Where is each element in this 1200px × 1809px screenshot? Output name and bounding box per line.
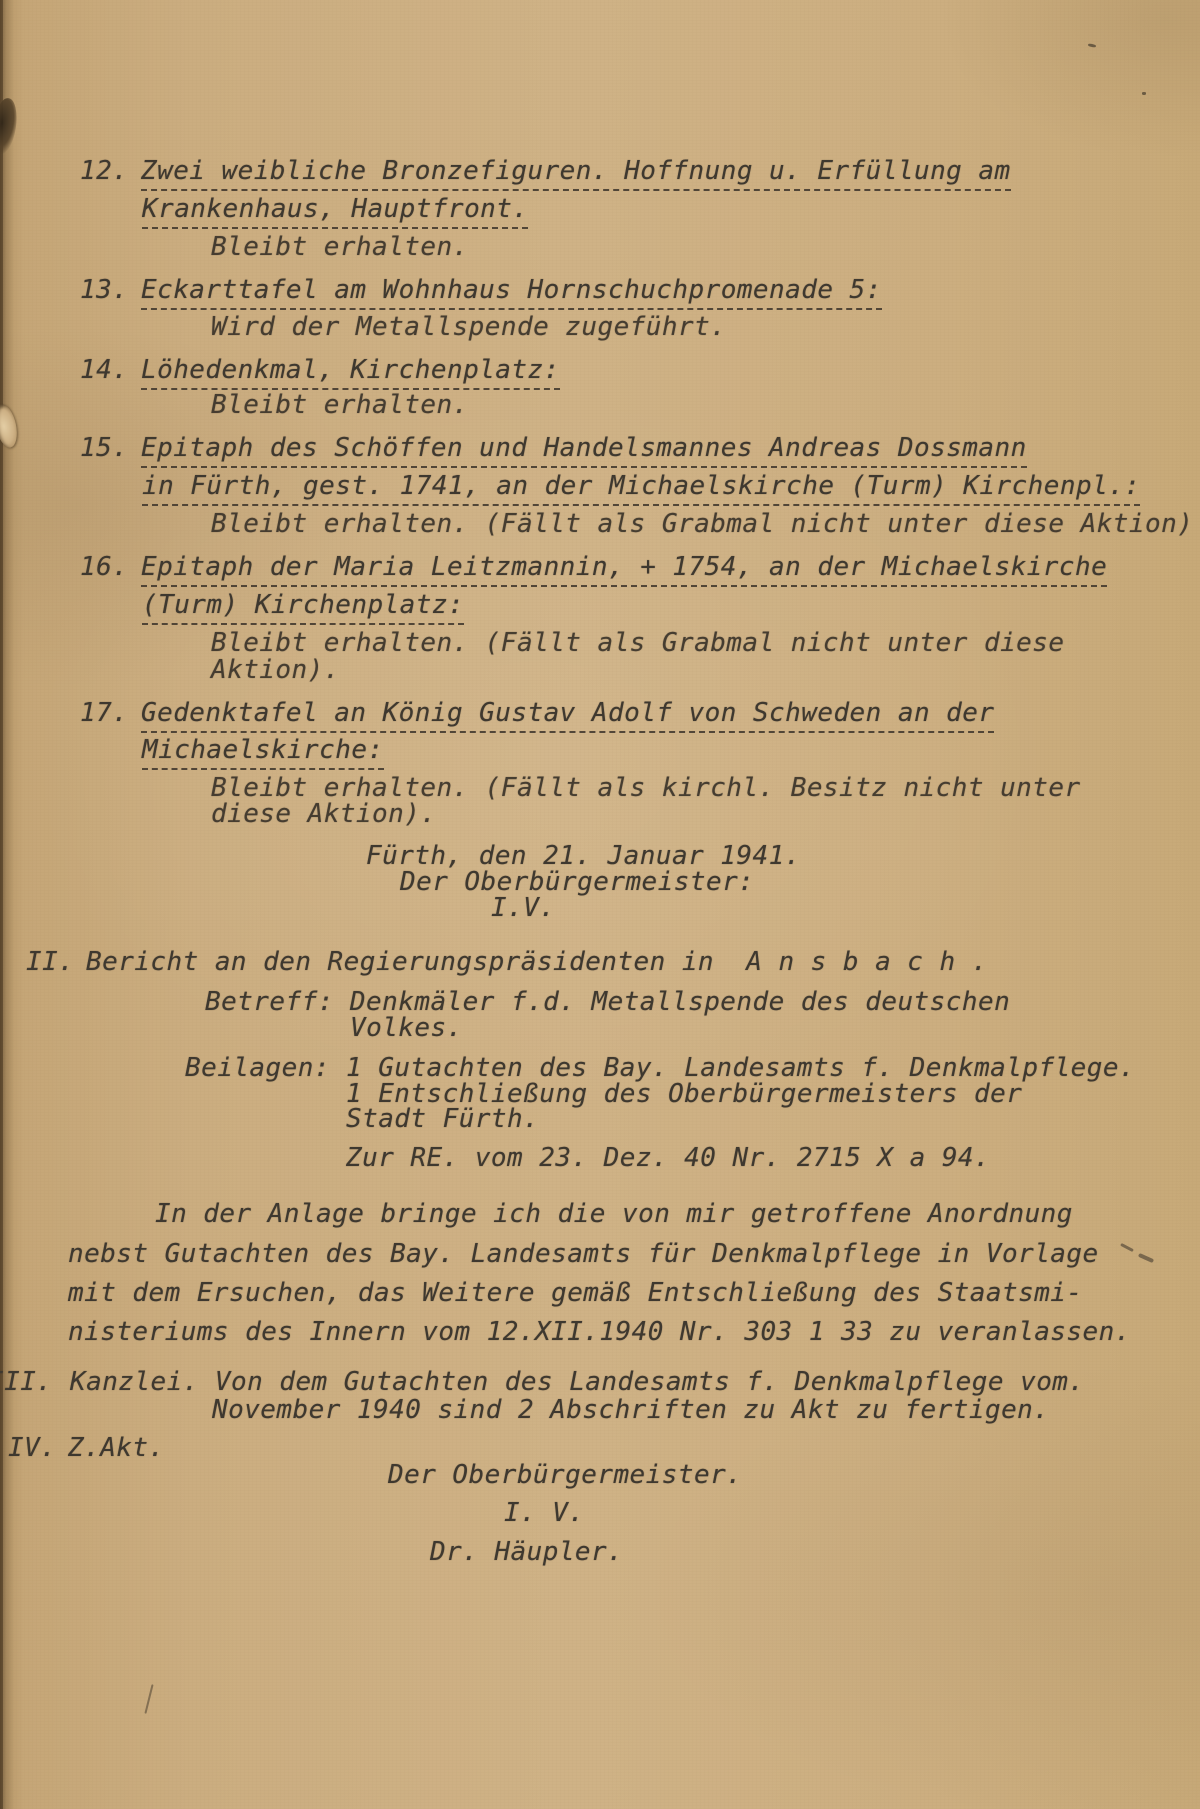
item-12-disposition: Bleibt erhalten.: [211, 234, 469, 260]
section-ii-heading-line: II.Bericht an den Regierungspräsidenten …: [26, 949, 988, 975]
section-iv-number: IV.: [8, 1435, 68, 1461]
item-17-title-line-2: Michaelskirche:: [142, 737, 384, 763]
section-ii-number: II.: [26, 949, 86, 975]
item-13-title: Eckarttafel am Wohnhaus Hornschuchpromen…: [141, 275, 882, 310]
section-iii-line-1: III.Kanzlei. Von dem Gutachten des Lande…: [0, 1369, 1085, 1395]
body-line-1: In der Anlage bringe ich die von mir get…: [155, 1201, 1073, 1227]
item-13-number: 13.: [80, 277, 141, 303]
item-12-title-line-1: 12.Zwei weibliche Bronzefiguren. Hoffnun…: [80, 158, 1011, 184]
item-16-title-line-1: 16.Epitaph der Maria Leitzmannin, + 1754…: [80, 554, 1107, 580]
paper-fiber-mark: [144, 1684, 153, 1714]
item-14-disposition: Bleibt erhalten.: [211, 392, 469, 418]
item-16-number: 16.: [80, 554, 141, 580]
paper-nick: [0, 402, 20, 449]
closing-signer-title: Der Oberbürgermeister:: [400, 869, 754, 895]
item-17-disposition-line-1: Bleibt erhalten. (Fällt als kirchl. Besi…: [211, 775, 1081, 801]
closing-in-vertretung: I.V.: [491, 895, 555, 921]
item-14-number: 14.: [80, 357, 141, 383]
item-13-disposition: Wird der Metallspende zugeführt.: [211, 314, 726, 340]
scratch-mark: [1138, 1253, 1154, 1263]
final-signature-name: Dr. Häupler.: [430, 1539, 623, 1565]
scratch-mark: [1120, 1243, 1134, 1252]
section-iii-number: III.: [0, 1369, 70, 1395]
item-17-title-line-1: 17.Gedenktafel an König Gustav Adolf von…: [80, 700, 994, 726]
item-12-title-line-2: Krankenhaus, Hauptfront.: [142, 196, 528, 222]
page-left-edge-line: [0, 0, 3, 1809]
section-ii-heading: Bericht an den Regierungspräsidenten in …: [86, 947, 988, 977]
item-15-number: 15.: [80, 435, 141, 461]
item-16-title-line-2: (Turm) Kirchenplatz:: [142, 592, 464, 618]
item-16-disposition-line-2: Aktion).: [211, 657, 340, 683]
item-17-title: Gedenktafel an König Gustav Adolf von Sc…: [141, 698, 994, 733]
item-17-disposition-line-2: diese Aktion).: [211, 801, 436, 827]
paper-speck: [1142, 92, 1146, 95]
body-line-4: nisteriums des Innern vom 12.XII.1940 Nr…: [68, 1319, 1131, 1345]
section-iv-line: IV.Z.Akt.: [8, 1435, 165, 1461]
reference-line: Zur RE. vom 23. Dez. 40 Nr. 2715 X a 94.: [346, 1145, 990, 1171]
item-17-number: 17.: [80, 700, 141, 726]
item-15-title-line-2: in Fürth, gest. 1741, an der Michaelskir…: [142, 473, 1140, 499]
section-iii-line-2: November 1940 sind 2 Abschriften zu Akt …: [212, 1397, 1049, 1423]
betreff-line-2: Volkes.: [350, 1015, 463, 1041]
closing-place-date: Fürth, den 21. Januar 1941.: [366, 843, 801, 869]
final-in-vertretung: I. V.: [504, 1500, 585, 1526]
item-12-number: 12.: [80, 158, 141, 184]
item-15-title: Epitaph des Schöffen und Handelsmannes A…: [141, 433, 1027, 468]
item-14-title-line-1: 14.Löhedenkmal, Kirchenplatz:: [80, 357, 560, 383]
beilagen-line-3: Stadt Fürth.: [346, 1106, 539, 1132]
item-15-disposition: Bleibt erhalten. (Fällt als Grabmal nich…: [211, 511, 1193, 537]
item-16-disposition-line-1: Bleibt erhalten. (Fällt als Grabmal nich…: [211, 630, 1064, 656]
item-13-title-line-1: 13.Eckarttafel am Wohnhaus Hornschuchpro…: [80, 277, 882, 303]
body-line-3: mit dem Ersuchen, das Weitere gemäß Ents…: [68, 1280, 1083, 1306]
betreff-line-1: Betreff: Denkmäler f.d. Metallspende des…: [205, 989, 1010, 1015]
item-12-title: Zwei weibliche Bronzefiguren. Hoffnung u…: [141, 156, 1011, 191]
item-15-title-line-1: 15.Epitaph des Schöffen und Handelsmanne…: [80, 435, 1027, 461]
body-line-2: nebst Gutachten des Bay. Landesamts für …: [68, 1241, 1099, 1267]
final-signer-title: Der Oberbürgermeister.: [388, 1462, 742, 1488]
item-16-title: Epitaph der Maria Leitzmannin, + 1754, a…: [141, 552, 1107, 587]
document-page: 12.Zwei weibliche Bronzefiguren. Hoffnun…: [0, 0, 1200, 1809]
beilagen-line-1: Beilagen: 1 Gutachten des Bay. Landesamt…: [185, 1055, 1135, 1081]
item-14-title: Löhedenkmal, Kirchenplatz:: [141, 355, 560, 390]
paper-speck: [1088, 43, 1096, 48]
